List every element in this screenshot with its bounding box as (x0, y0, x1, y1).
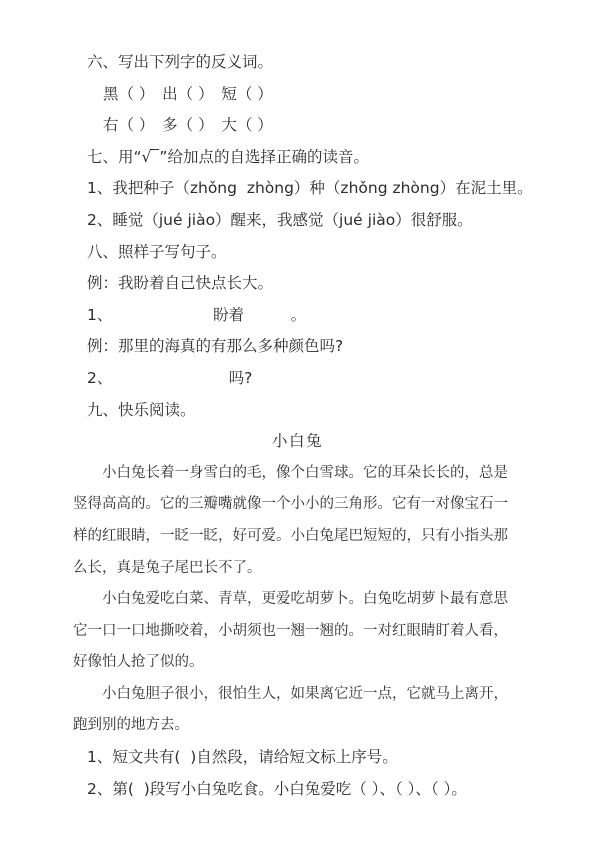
section-9-heading: 九、快乐阅读。 (0, 395, 595, 427)
section-7-heading: 七、用“√”给加点的自选择正确的读音。 (0, 142, 595, 174)
passage-line: 跑到别的地方去。 (0, 710, 595, 742)
sentence-blank-1: 1、 盼着 。 (0, 300, 595, 332)
passage-line: 小白兔爱吃白菜、青草，更爱吃胡萝卜。白兔吃胡萝卜最有意思 (0, 584, 595, 616)
section-8-heading: 八、照样子写句子。 (0, 237, 595, 269)
passage-line: 小白兔胆子很小，很怕生人，如果离它近一点，它就马上离开， (0, 679, 595, 711)
sentence-example-1: 例：我盼着自己快点长大。 (0, 268, 595, 300)
passage-line: 样的红眼睛，一眨一眨，好可爱。小白兔尾巴短短的，只有小指头那 (0, 521, 595, 553)
passage-line: 好像怕人抢了似的。 (0, 647, 595, 679)
sentence-example-2: 例：那里的海真的有那么多种颜色吗? (0, 331, 595, 363)
section-7-heading-after: ”给加点的自选择正确的读音。 (159, 148, 369, 166)
reading-question-1: 1、短文共有( )自然段，请给短文标上序号。 (0, 742, 595, 774)
passage-line: 竖得高高的。它的三瓣嘴就像一个小小的三角形。它有一对像宝石一 (0, 489, 595, 521)
sqrt-symbol: √ (142, 142, 160, 174)
antonym-row-2: 右（ ） 多（ ） 大（ ） (0, 110, 595, 142)
sentence-blank-2: 2、 吗? (0, 363, 595, 395)
passage-line: 小白兔长着一身雪白的毛，像个白雪球。它的耳朵长长的，总是 (0, 458, 595, 490)
section-7-heading-before: 七、用“ (87, 148, 142, 166)
reading-question-2: 2、第( )段写小白兔吃食。小白兔爱吃（ ）、（ ）、（ ）。 (0, 774, 595, 806)
passage-line: 它一口一口地撕咬着，小胡须也一翘一翘的。一对红眼睛盯着人看， (0, 616, 595, 648)
passage-title: 小白兔 (0, 426, 595, 458)
pronunciation-item-1: 1、我把种子（zhǒng zhòng）种（zhǒng zhòng）在泥土里。 (0, 173, 595, 205)
passage-line: 么长，真是兔子尾巴长不了。 (0, 553, 595, 585)
worksheet-page: 六、写出下列字的反义词。 黑（ ） 出（ ） 短（ ） 右（ ） 多（ ） 大（… (0, 0, 595, 842)
section-6-heading: 六、写出下列字的反义词。 (0, 47, 595, 79)
antonym-row-1: 黑（ ） 出（ ） 短（ ） (0, 79, 595, 111)
worksheet-content: 六、写出下列字的反义词。 黑（ ） 出（ ） 短（ ） 右（ ） 多（ ） 大（… (0, 47, 595, 805)
pronunciation-item-2: 2、睡觉（jué jiào）醒来，我感觉（jué jiào）很舒服。 (0, 205, 595, 237)
